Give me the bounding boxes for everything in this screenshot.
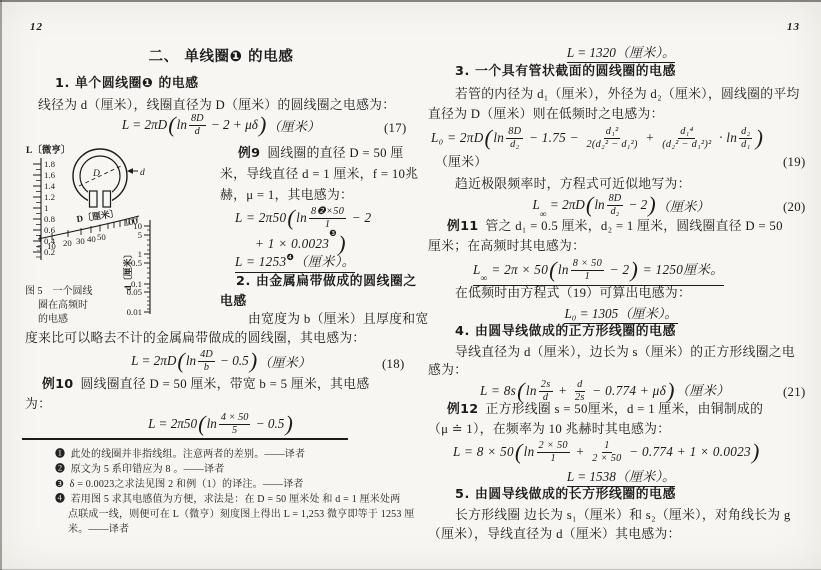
d-tick-label: 0.05 (127, 287, 143, 297)
example-12-result-row: L = 1538（厘米）。 (425, 466, 817, 487)
l-tick-label: 0.6 (44, 225, 56, 235)
section-3-intro-line-2: 直径为 D（厘米）则在低频时之电感为： (428, 107, 664, 123)
section-3-heading: 3. 一个具有管状截面的圆线圈的电感 (455, 64, 676, 80)
formula-20-row: L∞ = 2πD(ln8Dd₂ − 2)（厘米） (425, 192, 817, 218)
footnote-separator (22, 438, 348, 440)
page-number-left: 12 (30, 21, 43, 35)
equation-number-18: (18) (382, 357, 405, 373)
page-right: 13 L = 1320（厘米）。 3. 一个具有管状截面的圆线圈的电感 若管的内… (425, 0, 817, 570)
coil-leg-left (90, 191, 98, 207)
section-2-intro-column: 由宽度为 b（厘米）且厚度和宽 (248, 312, 428, 328)
example-11-line-1: 例11管之 d₁ = 0.5 厘米，d₂ = 1 厘米，圆线圈直径 D = 50 (447, 219, 783, 235)
formula-19: L₀ = 2πD(ln8Dd₂ − 1.75 − d₁²2(d₂² − d₁²)… (431, 124, 764, 152)
example-9-result: L = 1253❹（厘米）。 (235, 254, 355, 273)
formula-18-row: L = 2πD(ln4Db − 0.5)（厘米） (22, 348, 420, 374)
D-tick-label: 5 (37, 243, 42, 253)
D-tick-label: 20 (63, 238, 72, 248)
formula-21: L = 8s(ln2sd + d2s − 0.774 + μδ)（厘米） (480, 377, 730, 405)
footnote-marker: ❷ (55, 464, 65, 475)
section-2-heading-line-1: 2. 由金属扁带做成的圆线圈之 (236, 274, 417, 290)
footnote-3: ❸ δ = 0.0023之求法见图 2 和例（1）的译注。——译者 (55, 479, 304, 492)
section-3-intro-line-1: 若管的内径为 d₁（厘米），外径为 d₂（厘米），圆线圈的平均 (455, 87, 800, 103)
footnote-marker: ❸ (55, 479, 64, 490)
l-axis-label: L〔微亨〕 (26, 144, 70, 156)
example-9-line-1: 例9圆线圈的直径 D = 50 厘 (238, 146, 403, 162)
example-10-formula-row: L = 2π50(ln4 × 505 − 0.5) (22, 411, 420, 437)
D-tick-label: 30 (76, 236, 85, 246)
section-5-intro-line-1: 长方形线圈 边长为 s₁（厘米）和 s₂（厘米），对角线长为 g (455, 508, 791, 524)
l-tick-label: 0.8 (44, 214, 56, 224)
l-tick-label: 1.8 (44, 159, 56, 169)
section-4-intro-line-2: 感为： (428, 363, 467, 379)
wire-diameter-arrow (128, 169, 138, 173)
d-axis-major-ticks (144, 226, 150, 312)
example-10-result: L = 1320（厘米）。 (567, 42, 675, 63)
l-tick-label: 1.6 (44, 170, 56, 180)
coil-diameter-line (79, 166, 121, 186)
example-12-line-1: 例12正方形线圈 s = 50厘米，d = 1 厘米，由铜制成的 (447, 402, 763, 418)
equation-number-19: (19) (783, 155, 806, 171)
example-12-text: 正方形线圈 s = 50厘米，d = 1 厘米，由铜制成的 (486, 402, 764, 416)
formula: L = 8 × 50(ln2 × 501 + 12 × 50 − 0.774 +… (453, 438, 761, 466)
footnote-text: 此处的线圈并非指线组。注意两者的差别。——译者 (71, 449, 306, 460)
section-2-heading-line-2: 电感 (220, 294, 247, 310)
example-9-label: 例9 (238, 146, 260, 161)
d-tick-label: 0.01 (127, 307, 142, 317)
formula: L₀ = 2πD(ln8Dd₂ − 1.75 − d₁²2(d₂² − d₁²)… (431, 124, 764, 152)
section-2-intro-full: 度来比可以略去不计的金属扁带做成的圆线圈，其电感为： (25, 331, 366, 347)
section-1-heading: 1. 单个圆线圈❶ 的电感 (55, 76, 199, 92)
D-tick-label: 10 (47, 241, 56, 251)
example-9-text: 圆线圈的直径 D = 50 厘 (267, 146, 403, 160)
l-tick-label: 1.4 (44, 181, 56, 191)
example-11-result-row: L₀ = 1305（厘米）。 (425, 303, 817, 324)
example-10-label: 例10 (42, 377, 74, 392)
footnote-4-line-1: ❹ 若用图 5 求其电感值为方便，求法是：在 D = 50 厘米处 和 d = … (55, 494, 400, 507)
example-11-text: 管之 d₁ = 0.5 厘米，d₂ = 1 厘米，圆线圈直径 D = 50 (486, 219, 783, 233)
scan-edge-artifact-left (0, 0, 2, 570)
section-3-approx-text: 趋近极限频率时，方程式可近似地写为： (455, 177, 691, 193)
footnote-1: ❶ 此处的线圈并非指线组。注意两者的差别。——译者 (55, 449, 305, 462)
formula-result: L = 1253❹（厘米）。 (235, 254, 355, 273)
section-5-intro-line-2: （厘米），导线直径为 d（厘米）其电感为： (428, 527, 681, 543)
example-12-line-2: （μ ≐ 1），在频率为 10 兆赫时其电感为： (428, 422, 670, 438)
example-11-result: L₀ = 1305（厘米）。 (564, 303, 677, 324)
example-12-result: L = 1538（厘米）。 (567, 466, 675, 487)
formula-result: L∞ = 2π × 50(ln8 × 501 − 2) = 1250厘米。 (473, 256, 724, 286)
coil-wire-label: d (140, 168, 145, 178)
formula-20: L∞ = 2πD(ln8Dd₂ − 2)（厘米） (532, 192, 709, 218)
footnote-text: δ = 0.0023之求法见图 2 和例（1）的译注。——译者 (70, 479, 304, 490)
d-tick-label: 5 (138, 230, 143, 240)
formula-17-row: L = 2πD(ln8Dd − 2 + μδ)（厘米） (22, 112, 420, 138)
footnote-4-line-3: 米。——译者 (68, 524, 129, 537)
example-9-line-3: 赫，μ = 1，其电感为： (220, 188, 353, 204)
figure-caption-line2: 圈在高频时 (38, 298, 88, 311)
d-tick-label: 0.5 (131, 258, 143, 268)
figure-5-nomogram: L〔微亨〕 1.8 1.6 1.4 1.2 1 0.8 0.6 0.4 0.2 … (25, 142, 218, 327)
figure-caption-line1: 图 5 一个圆线 (25, 284, 93, 297)
coil-leg-right (103, 191, 111, 207)
example-11-formula: L∞ = 2π × 50(ln8 × 501 − 2) = 1250厘米。 (473, 256, 724, 286)
footnote-4-line-2: 点联成一线，则便可在 L（微亨）刻度图上得出 L = 1,253 微亨即等于 1… (68, 509, 415, 522)
example-10-line-1: 例10圆线圈直径 D = 50 厘米，带宽 b = 5 厘米，其电感 (42, 377, 369, 393)
D-tick-label: 40 (87, 234, 96, 244)
footnote-text: 原文为 5 系印错应为 8 。——译者 (71, 464, 225, 475)
coil-diameter-label: D (92, 169, 100, 179)
formula: L = 8s(ln2sd + d2s − 0.774 + μδ)（厘米） (480, 377, 730, 405)
section-5-heading: 5. 由圆导线做成的长方形线圈的电感 (455, 487, 676, 503)
equation-number-20: (20) (783, 200, 806, 216)
equation-number-21: (21) (783, 385, 806, 401)
example-9-line-2: 米，导线直径 d = 1 厘米，f = 10兆 (220, 167, 418, 183)
footnote-marker: ❶ (55, 449, 65, 460)
chapter-title: 二、 单线圈❶ 的电感 (22, 48, 420, 66)
page-left: 12 二、 单线圈❶ 的电感 1. 单个圆线圈❶ 的电感 线径为 d（厘米），线… (22, 0, 420, 570)
page-number-right: 13 (787, 21, 800, 35)
section-3-lowfreq-text: 在低频时由方程式（19）可算出电感为： (455, 286, 691, 302)
formula: L = 2π50(ln8❷×501 − 2 (235, 204, 371, 232)
equation-number-17: (17) (384, 121, 407, 137)
footnote-2: ❷ 原文为 5 系印错应为 8 。——译者 (55, 464, 224, 477)
footnote-text: 若用图 5 求其电感值为方便，求法是：在 D = 50 厘米处 和 d = 1 … (71, 494, 401, 505)
section-4-heading: 4. 由圆导线做成的正方形线圈的电感 (455, 324, 676, 340)
example-11-label: 例11 (447, 219, 479, 234)
example-9-formula-line-1: L = 2π50(ln8❷×501 − 2 (235, 204, 371, 232)
D-tick-label: 50 (97, 232, 106, 242)
section-4-intro-line-1: 导线直径为 d（厘米），边长为 s（厘米）的正方形线圈之电 (455, 345, 795, 361)
example-11-line-2: 厘米；在高频时其电感为： (428, 239, 585, 255)
example-12-label: 例12 (447, 402, 479, 417)
footnote-marker: ❹ (55, 494, 65, 505)
example-10-result-row: L = 1320（厘米）。 (425, 42, 817, 63)
formula-17: L = 2πD(ln8Dd − 2 + μδ)（厘米） (122, 112, 320, 138)
coil-diagram: D d (73, 149, 145, 211)
example-12-formula: L = 8 × 50(ln2 × 501 + 12 × 50 − 0.774 +… (453, 438, 761, 466)
formula-19-unit: （厘米） (435, 155, 487, 171)
figure-caption-line3: 的电感 (38, 312, 68, 325)
formula-18: L = 2πD(ln4Db − 0.5)（厘米） (131, 348, 311, 374)
l-tick-label: 1.2 (44, 192, 55, 202)
example-10-text: 圆线圈直径 D = 50 厘米，带宽 b = 5 厘米，其电感 (81, 377, 370, 391)
example-10-formula: L = 2π50(ln4 × 505 − 0.5) (148, 411, 294, 437)
l-tick-label: 1 (44, 203, 48, 213)
